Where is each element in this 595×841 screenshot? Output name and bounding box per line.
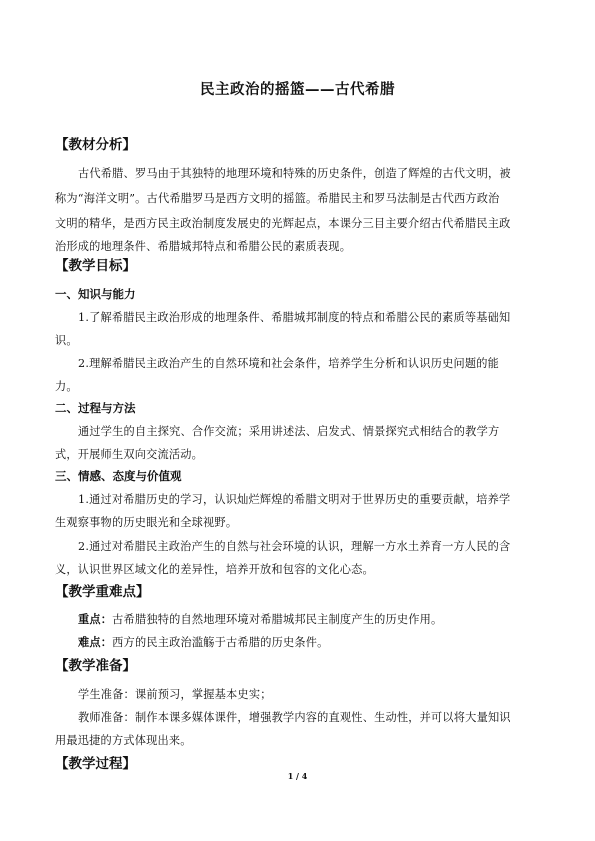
key-point-line: 重点：古希腊独特的自然地理环境对希腊城邦民主制度产生的历史作用。 <box>78 611 568 627</box>
paragraph-line: 治形成的地理条件、希腊城邦特点和希腊公民的素质表现。 <box>55 238 545 254</box>
paragraph-line: 古代希腊、罗马由于其独特的地理环境和特殊的历史条件，创造了辉煌的古代文明，被 <box>78 165 568 181</box>
paragraph-line: 教师准备：制作本课多媒体课件，增强教学内容的直观性、生动性，并可以将大量知识 <box>78 709 568 725</box>
subheading-process-method: 二、过程与方法 <box>55 400 136 416</box>
key-text: 古希腊独特的自然地理环境对希腊城邦民主制度产生的历史作用。 <box>112 613 442 626</box>
subheading-values: 三、情感、态度与价值观 <box>55 468 182 484</box>
paragraph-line: 通过学生的自主探究、合作交流；采用讲述法、启发式、情景探究式相结合的教学方 <box>78 423 568 439</box>
heading-process: 【教学过程】 <box>55 752 136 772</box>
page-number: 1 / 4 <box>0 771 595 781</box>
difficult-label: 难点： <box>78 636 112 649</box>
heading-key-points: 【教学重难点】 <box>55 580 150 600</box>
difficult-text: 西方的民主政治滥觞于古希腊的历史条件。 <box>112 636 328 649</box>
paragraph-line: 式，开展师生双向交流活动。 <box>55 446 545 462</box>
paragraph-line: 1.通过对希腊历史的学习，认识灿烂辉煌的希腊文明对于世界历史的重要贡献，培养学 <box>78 491 568 507</box>
heading-preparation: 【教学准备】 <box>55 654 136 674</box>
paragraph-line: 文明的精华，是西方民主政治制度发展史的光辉起点，本课分三目主要介绍古代希腊民主政 <box>55 215 545 231</box>
paragraph-line: 用最迅捷的方式体现出来。 <box>55 732 545 748</box>
paragraph-line: 力。 <box>55 378 545 394</box>
document-page: 民主政治的摇篮——古代希腊 【教材分析】 古代希腊、罗马由于其独特的地理环境和特… <box>0 0 595 841</box>
key-label: 重点： <box>78 613 112 626</box>
difficult-point-line: 难点：西方的民主政治滥觞于古希腊的历史条件。 <box>78 634 568 650</box>
document-title: 民主政治的摇篮——古代希腊 <box>0 78 595 99</box>
heading-objectives: 【教学目标】 <box>55 254 136 274</box>
paragraph-line: 2.通过对希腊民主政治产生的自然与社会环境的认识，理解一方水土养育一方人民的含 <box>78 538 568 554</box>
heading-analysis: 【教材分析】 <box>55 133 136 153</box>
paragraph-line: 1.了解希腊民主政治形成的地理条件、希腊城邦制度的特点和希腊公民的素质等基础知 <box>78 309 568 325</box>
paragraph-line: 称为“海洋文明”。古代希腊罗马是西方文明的摇篮。希腊民主和罗马法制是古代西方政治 <box>55 190 545 206</box>
paragraph-line: 2.理解希腊民主政治产生的自然环境和社会条件，培养学生分析和认识历史问题的能 <box>78 355 568 371</box>
paragraph-line: 学生准备：课前预习，掌握基本史实； <box>78 686 568 702</box>
subheading-knowledge: 一、知识与能力 <box>55 286 136 302</box>
paragraph-line: 生观察事物的历史眼光和全球视野。 <box>55 514 545 530</box>
paragraph-line: 义，认识世界区域文化的差异性，培养开放和包容的文化心态。 <box>55 561 545 577</box>
paragraph-line: 识。 <box>55 332 545 348</box>
